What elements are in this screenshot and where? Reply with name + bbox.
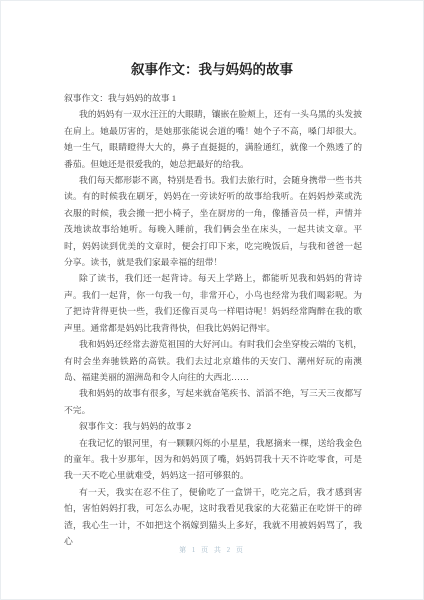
paragraph: 有一天，我实在忍不住了，便偷吃了一盒饼干，吃完之后，我才感到害怕，害怕妈妈打我，… [64,484,362,550]
document-body: 叙事作文：我与妈妈的故事 1我的妈妈有一双水汪汪的大眼睛，镶嵌在脸颊上，还有一头… [64,90,362,549]
section-heading: 叙事作文：我与妈妈的故事 2 [64,418,362,434]
paragraph: 我和妈妈还经常去游览祖国的大好河山。有时我们会坐穿梭云端的飞机，有时会坐奔驰铁路… [64,336,362,385]
paragraph: 我的妈妈有一双水汪汪的大眼睛，镶嵌在脸颊上，还有一头乌黑的头发披在肩上。她最厉害… [64,106,362,172]
document-page: 叙事作文：我与妈妈的故事 叙事作文：我与妈妈的故事 1我的妈妈有一双水汪汪的大眼… [0,0,424,600]
section-heading: 叙事作文：我与妈妈的故事 1 [64,90,362,106]
paragraph: 在我记忆的银河里，有一颗颗闪烁的小星星，我愿摘来一棵，送给我金色的童年。我十岁那… [64,435,362,484]
paragraph: 除了读书，我们还一起背诗。每天上学路上，都能听见我和妈妈的背诗声。我们一起背，你… [64,270,362,336]
page-footer: 第 1 页 共 2 页 [1,545,423,555]
paragraph: 我们每天都形影不离，特别是看书。我们去旅行时，会随身携带一些书共读。有的时候我在… [64,172,362,270]
document-title: 叙事作文：我与妈妈的故事 [1,61,423,79]
page-number-indicator: 第 1 页 共 2 页 [179,546,245,554]
paragraph: 我和妈妈的故事有很多，写起来就奋笔疾书、滔滔不绝，写三天三夜都写不完。 [64,385,362,418]
